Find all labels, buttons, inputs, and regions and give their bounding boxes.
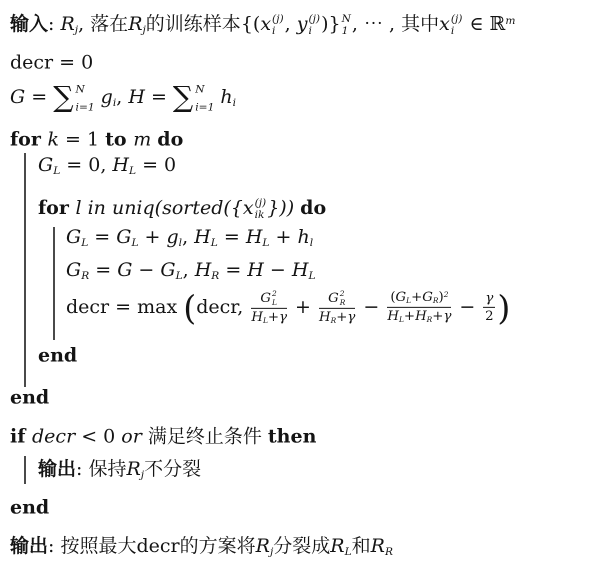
accumulate-left-line: GL = GL + gl, HL = HL + hl	[66, 226, 313, 250]
outer-for-scope-bar	[24, 153, 26, 387]
inner-for-scope-bar	[53, 227, 55, 340]
summation: ∑Ni=1	[173, 83, 214, 112]
keyword: if	[10, 426, 32, 448]
sup-sub-stack: (j)i	[307, 13, 321, 37]
fraction: γ2	[483, 290, 495, 325]
sigma-symbol: ∑	[173, 87, 193, 110]
io-label: 输出	[38, 458, 76, 480]
fraction: G2RHR+γ	[319, 290, 355, 326]
keyword: do	[157, 129, 183, 151]
compute-right-line: GR = G − GL, HR = H − HL	[66, 259, 316, 283]
sup-sub-stack: (j)i	[271, 13, 285, 37]
init-left-stats-line: GL = 0, HL = 0	[38, 154, 176, 178]
io-label: 输入	[10, 13, 48, 35]
sigma-symbol: ∑	[53, 87, 73, 110]
sup-sub-stack: 2R	[339, 290, 347, 307]
keyword: to	[105, 129, 133, 151]
sup-sub-stack: (j)i	[450, 13, 464, 37]
if-end-line: end	[10, 497, 49, 520]
if-scope-bar	[24, 456, 26, 484]
outer-end-line: end	[10, 387, 49, 410]
algorithm-block: 输入: Rj, 落在Rj的训练样本{(x(j)i, y(j)i)}N1, ⋯ ,…	[0, 0, 602, 565]
keyword: for	[10, 129, 47, 151]
inner-for-line: for l in uniq(sorted({x(j)ik})) do	[38, 197, 326, 221]
keyword: for	[38, 197, 75, 219]
update-decr-line: decr = max (decr, G2LHL+γ + G2RHR+γ − (G…	[66, 290, 510, 326]
if-condition-line: if decr < 0 or 满足终止条件 then	[10, 426, 316, 449]
summation: ∑Ni=1	[53, 83, 94, 112]
keyword: end	[10, 497, 49, 519]
keyword: end	[38, 345, 77, 367]
sup-sub-stack: (j)ik	[254, 197, 268, 221]
init-decr-line: decr = 0	[10, 52, 93, 75]
keyword: then	[268, 426, 317, 448]
io-label: 输出	[10, 535, 48, 557]
fraction: G2LHL+γ	[251, 290, 287, 326]
big-paren: (	[183, 288, 196, 327]
keyword: end	[10, 387, 49, 409]
keyword: do	[300, 197, 326, 219]
sup-sub-stack: 2L	[271, 290, 278, 307]
init-gh-line: G = ∑Ni=1 gi, H = ∑Ni=1 hi	[10, 83, 236, 112]
output-keep-line: 输出: 保持Rj不分裂	[38, 458, 201, 482]
sup-sub-stack: N1	[341, 13, 352, 37]
fraction: (GL+GR)2HL+HR+γ	[387, 290, 451, 325]
inner-end-line: end	[38, 345, 77, 368]
outer-for-line: for k = 1 to m do	[10, 129, 183, 152]
big-paren: )	[497, 288, 510, 327]
input-line: 输入: Rj, 落在Rj的训练样本{(x(j)i, y(j)i)}N1, ⋯ ,…	[10, 13, 515, 37]
output-split-line: 输出: 按照最大decr的方案将Rj分裂成RL和RR	[10, 535, 393, 559]
